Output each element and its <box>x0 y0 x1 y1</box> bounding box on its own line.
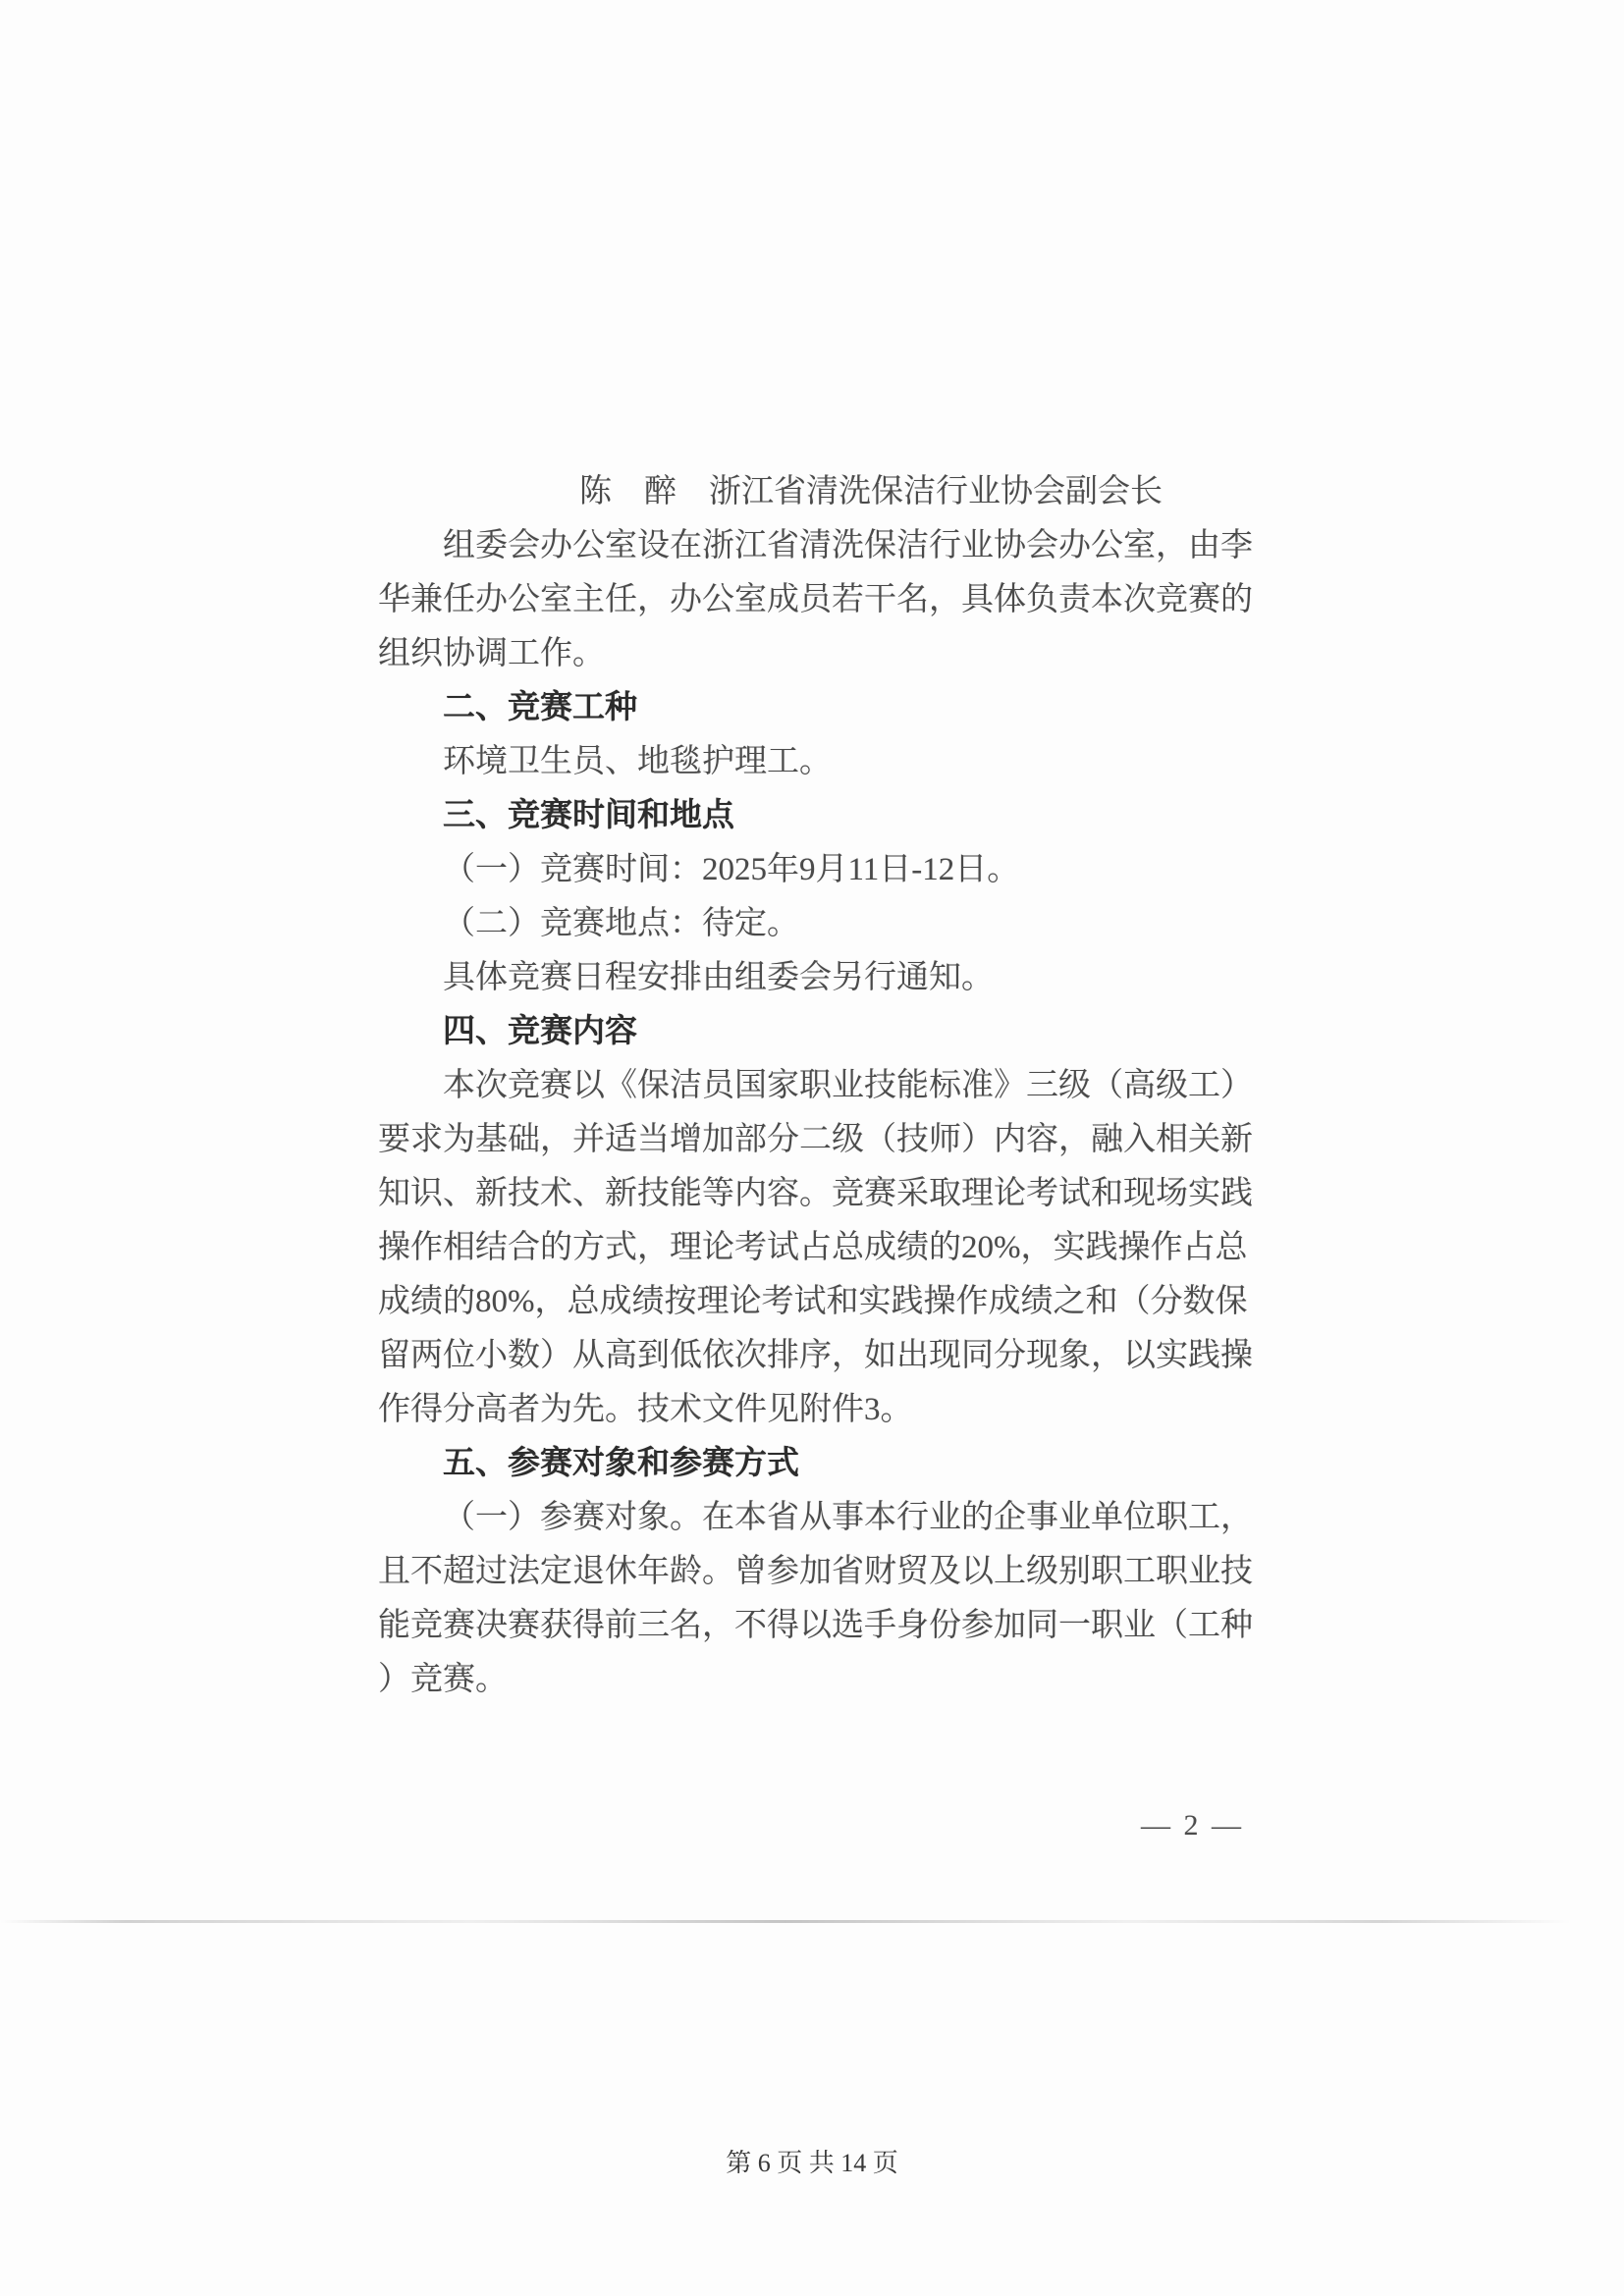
page-number: — 2 — <box>1141 1808 1244 1843</box>
heading-section-4: 四、竞赛内容 <box>378 1005 1262 1059</box>
paragraph-line: 组织协调工作。 <box>378 627 1262 681</box>
paragraph-line: 组委会办公室设在浙江省清洗保洁行业协会办公室，由李 <box>378 519 1262 573</box>
line-competition-trades: 环境卫生员、地毯护理工。 <box>378 735 1262 789</box>
paragraph-line: 操作相结合的方式，理论考试占总成绩的20%，实践操作占总 <box>378 1221 1262 1275</box>
heading-section-3: 三、竞赛时间和地点 <box>378 789 1262 843</box>
scanned-document-page: 陈 醉 浙江省清洗保洁行业协会副会长 组委会办公室设在浙江省清洗保洁行业协会办公… <box>0 0 1624 2296</box>
footer-page-indicator: 第 6 页 共 14 页 <box>0 2148 1624 2179</box>
paragraph-line: 作得分高者为先。技术文件见附件3。 <box>378 1383 1262 1437</box>
paragraph-competition-content: 本次竞赛以《保洁员国家职业技能标准》三级（高级工） 要求为基础，并适当增加部分二… <box>378 1059 1262 1437</box>
heading-section-2: 二、竞赛工种 <box>378 681 1262 735</box>
line-competition-time: （一）竞赛时间：2025年9月11日-12日。 <box>378 843 1262 897</box>
heading-section-5: 五、参赛对象和参赛方式 <box>378 1437 1262 1491</box>
paragraph-line: （一）参赛对象。在本省从事本行业的企事业单位职工， <box>378 1491 1262 1545</box>
paragraph-line: 华兼任办公室主任，办公室成员若干名，具体负责本次竞赛的 <box>378 573 1262 627</box>
document-body: 陈 醉 浙江省清洗保洁行业协会副会长 组委会办公室设在浙江省清洗保洁行业协会办公… <box>378 465 1262 1707</box>
paragraph-participants: （一）参赛对象。在本省从事本行业的企事业单位职工， 且不超过法定退休年龄。曾参加… <box>378 1491 1262 1707</box>
paragraph-line: 且不超过法定退休年龄。曾参加省财贸及以上级别职工职业技 <box>378 1545 1262 1599</box>
line-schedule-notice: 具体竞赛日程安排由组委会另行通知。 <box>378 951 1262 1005</box>
paragraph-line: 本次竞赛以《保洁员国家职业技能标准》三级（高级工） <box>378 1059 1262 1113</box>
paragraph-line: 留两位小数）从高到低依次排序，如出现同分现象，以实践操 <box>378 1329 1262 1383</box>
paragraph-line: 要求为基础，并适当增加部分二级（技师）内容，融入相关新 <box>378 1113 1262 1167</box>
signatory-line: 陈 醉 浙江省清洗保洁行业协会副会长 <box>378 465 1262 519</box>
paragraph-office: 组委会办公室设在浙江省清洗保洁行业协会办公室，由李 华兼任办公室主任，办公室成员… <box>378 519 1262 681</box>
paragraph-line: 能竞赛决赛获得前三名，不得以选手身份参加同一职业（工种 <box>378 1599 1262 1653</box>
paragraph-line: 知识、新技术、新技能等内容。竞赛采取理论考试和现场实践 <box>378 1167 1262 1221</box>
paragraph-line: ）竞赛。 <box>378 1653 1262 1707</box>
paragraph-line: 成绩的80%，总成绩按理论考试和实践操作成绩之和（分数保 <box>378 1275 1262 1329</box>
line-competition-venue: （二）竞赛地点：待定。 <box>378 897 1262 951</box>
scan-artifact-line <box>0 1920 1571 1923</box>
